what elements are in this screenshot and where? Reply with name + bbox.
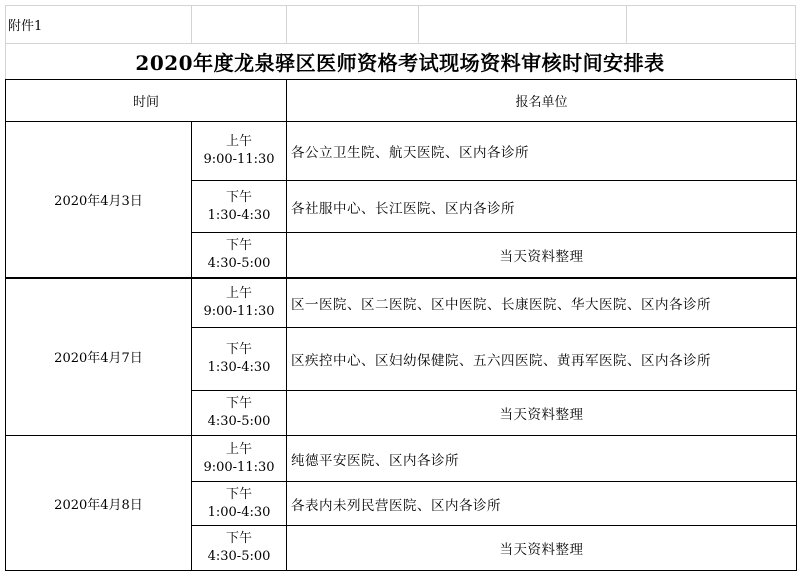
hours-label: 4:30-5:00 <box>192 255 286 273</box>
date-cell: 2020年4月3日 <box>6 122 192 278</box>
time-cell: 下午1:30-4:30 <box>192 328 287 391</box>
time-cell: 上午9:00-11:30 <box>192 122 287 181</box>
gridline <box>418 5 419 43</box>
schedule-table: 时间 报名单位 2020年4月3日 上午9:00-11:30 各公立卫生院、航天… <box>5 79 797 571</box>
period-label: 下午 <box>192 395 286 413</box>
gridline <box>795 5 796 79</box>
time-cell: 下午4:30-5:00 <box>192 233 287 278</box>
table-row: 2020年4月7日 上午9:00-11:30 区一医院、区二医院、区中医院、长康… <box>6 278 797 328</box>
gridline <box>286 5 287 43</box>
header-time: 时间 <box>6 80 287 122</box>
hours-label: 1:00-4:30 <box>192 504 286 522</box>
gridline <box>5 5 796 6</box>
unit-cell: 区疾控中心、区妇幼保健院、五六四医院、黄再军医院、区内各诊所 <box>287 328 797 391</box>
time-cell: 下午1:00-4:30 <box>192 482 287 526</box>
time-cell: 上午9:00-11:30 <box>192 278 287 328</box>
hours-label: 9:00-11:30 <box>192 459 286 477</box>
period-label: 上午 <box>192 133 286 151</box>
period-label: 上午 <box>192 441 286 459</box>
time-cell: 下午4:30-5:00 <box>192 526 287 571</box>
header-unit: 报名单位 <box>287 80 797 122</box>
unit-cell: 纯德平安医院、区内各诊所 <box>287 436 797 482</box>
unit-cell: 当天资料整理 <box>287 233 797 278</box>
hours-label: 1:30-4:30 <box>192 359 286 377</box>
attachment-label: 附件1 <box>8 5 42 43</box>
period-label: 下午 <box>192 341 286 359</box>
period-label: 下午 <box>192 486 286 504</box>
gridline <box>191 5 192 43</box>
document-title: 2020年度龙泉驿区医师资格考试现场资料审核时间安排表 <box>5 43 795 79</box>
hours-label: 9:00-11:30 <box>192 151 286 169</box>
period-label: 下午 <box>192 189 286 207</box>
header-row: 时间 报名单位 <box>6 80 797 122</box>
unit-cell: 各公立卫生院、航天医院、区内各诊所 <box>287 122 797 181</box>
time-cell: 下午4:30-5:00 <box>192 391 287 436</box>
unit-cell: 区一医院、区二医院、区中医院、长康医院、华大医院、区内各诊所 <box>287 278 797 328</box>
time-cell: 上午9:00-11:30 <box>192 436 287 482</box>
date-cell: 2020年4月8日 <box>6 436 192 571</box>
table-row: 2020年4月8日 上午9:00-11:30 纯德平安医院、区内各诊所 <box>6 436 797 482</box>
table-row: 2020年4月3日 上午9:00-11:30 各公立卫生院、航天医院、区内各诊所 <box>6 122 797 181</box>
period-label: 下午 <box>192 237 286 255</box>
unit-cell: 各表内未列民营医院、区内各诊所 <box>287 482 797 526</box>
date-cell: 2020年4月7日 <box>6 278 192 436</box>
period-label: 下午 <box>192 530 286 548</box>
unit-cell: 当天资料整理 <box>287 526 797 571</box>
gridline <box>626 5 627 43</box>
hours-label: 1:30-4:30 <box>192 207 286 225</box>
unit-cell: 当天资料整理 <box>287 391 797 436</box>
hours-label: 4:30-5:00 <box>192 548 286 566</box>
period-label: 上午 <box>192 285 286 303</box>
hours-label: 9:00-11:30 <box>192 303 286 321</box>
time-cell: 下午1:30-4:30 <box>192 181 287 233</box>
hours-label: 4:30-5:00 <box>192 413 286 431</box>
unit-cell: 各社服中心、长江医院、区内各诊所 <box>287 181 797 233</box>
